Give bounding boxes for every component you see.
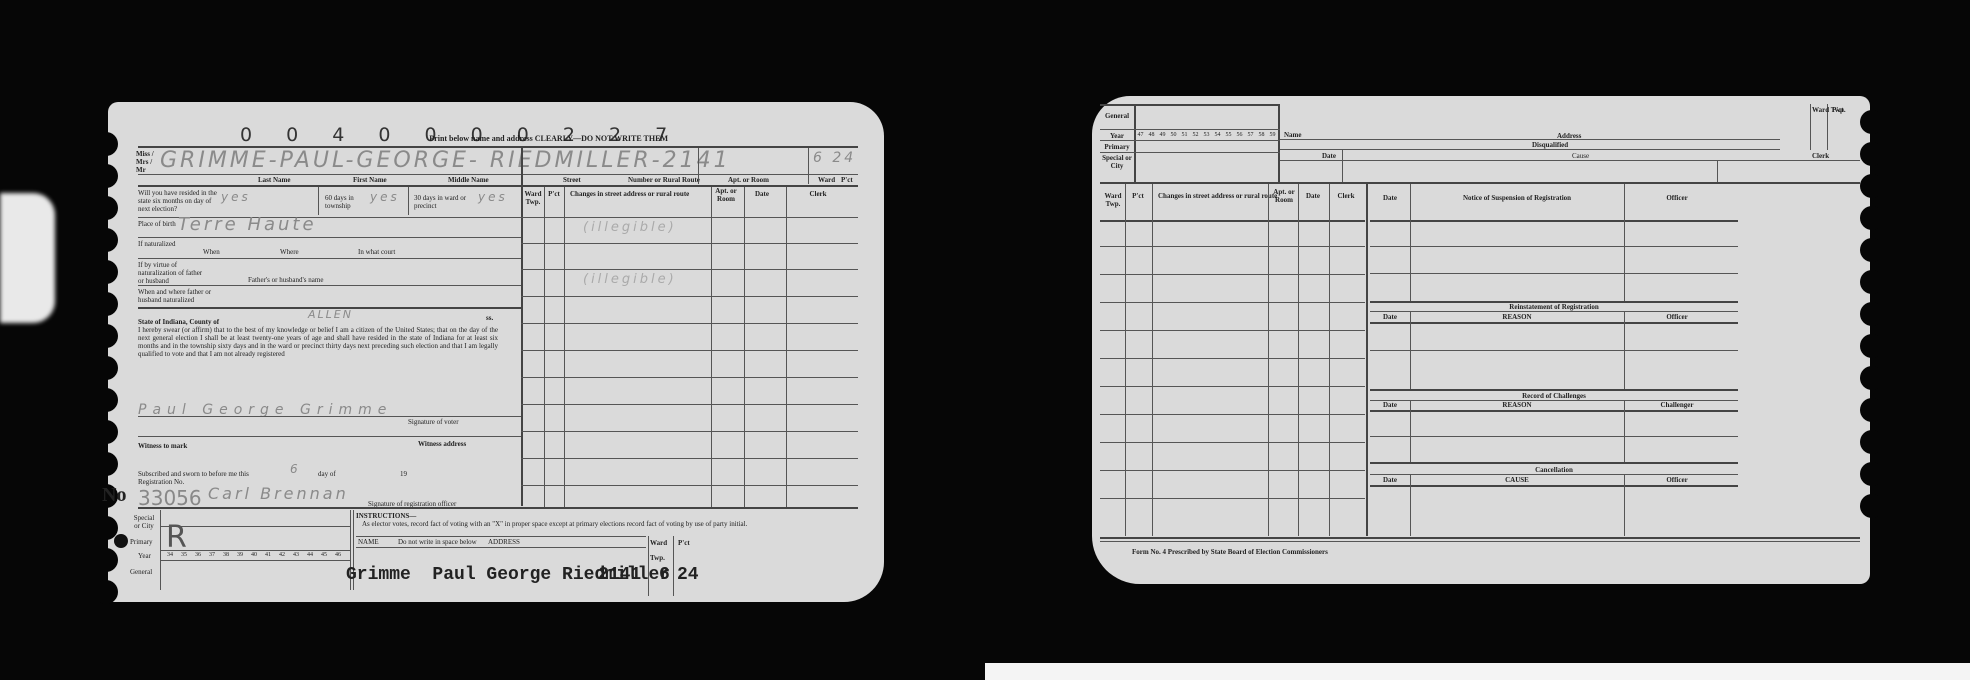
- perforation-icon: [94, 324, 118, 348]
- q-township: 60 days in township: [325, 194, 370, 210]
- col-ward-twp: Ward Twp.: [522, 190, 544, 206]
- year-cell: 57: [1245, 132, 1256, 138]
- change-entry: (illegible): [583, 220, 677, 235]
- perforation-icon: [1860, 366, 1884, 390]
- label-ward-bottom: Ward: [650, 539, 667, 547]
- label-address: ADDRESS: [488, 538, 520, 546]
- typed-ward: 6: [659, 565, 670, 585]
- typed-pct: 24: [677, 565, 699, 585]
- perforation-icon: [1860, 174, 1884, 198]
- back-grid-label-primary: Primary: [1102, 143, 1132, 151]
- back-col-pct: P'ct: [1128, 192, 1148, 200]
- perforation-icon: [94, 548, 118, 572]
- reinstatement-title: Reinstatement of Registration: [1370, 303, 1738, 311]
- col-clerk: Clerk: [788, 190, 848, 198]
- cancellation-col-cause: CAUSE: [1412, 476, 1622, 484]
- year-cell: 50: [1168, 132, 1179, 138]
- back-col-ward-twp: Ward Twp.: [1102, 192, 1124, 208]
- year-cell: 49: [1157, 132, 1168, 138]
- perforation-icon: [94, 164, 118, 188]
- grid-label-primary: Primary: [130, 538, 153, 546]
- year-cell: 48: [1146, 132, 1157, 138]
- perforation-icon: [94, 388, 118, 412]
- label-middle-name: Middle Name: [448, 176, 489, 184]
- perforation-icon: [94, 356, 118, 380]
- label-first-name: First Name: [353, 176, 387, 184]
- change-entry: (illegible): [583, 272, 677, 287]
- year-cell: 51: [1179, 132, 1190, 138]
- back-label-clerk: Clerk: [1812, 152, 1829, 160]
- light-glare: [0, 193, 55, 323]
- year-cell: 53: [1201, 132, 1212, 138]
- place-of-birth: Terre Haute: [178, 214, 317, 235]
- perforation-icon: [1860, 238, 1884, 262]
- year-cell: 56: [1234, 132, 1245, 138]
- county: ALLEN: [308, 308, 353, 321]
- year-cell: 55: [1223, 132, 1234, 138]
- back-label-name: Name: [1284, 131, 1302, 139]
- registration-card-back: General Year Primary Special or City 47 …: [1092, 96, 1870, 584]
- cancellation-col-date: Date: [1370, 476, 1410, 484]
- oath-text: I hereby swear (or affirm) that to the b…: [138, 326, 498, 358]
- label-apt: Apt. or Room: [728, 176, 769, 184]
- salutation: Miss / Mrs / Mr: [136, 150, 160, 174]
- year-cell: 47: [1135, 132, 1146, 138]
- grid-label-general: General: [130, 568, 152, 576]
- header-notice: Print below name and address CLEARLY—DO …: [408, 134, 668, 143]
- instructions-text: As elector votes, record fact of voting …: [362, 520, 762, 528]
- year-cell: 59: [1267, 132, 1278, 138]
- perforation-icon: [1860, 494, 1884, 518]
- perforation-icon: [94, 292, 118, 316]
- typed-number: 2141: [598, 565, 641, 585]
- label-signature-of-voter: Signature of voter: [408, 418, 459, 426]
- perforation-icon: [1860, 334, 1884, 358]
- grid-label-year: Year: [138, 552, 151, 560]
- reinstatement-col-date: Date: [1370, 313, 1410, 321]
- col-date: Date: [741, 190, 783, 198]
- back-grid-label-special: Special or City: [1102, 154, 1132, 170]
- perforation-icon: [94, 228, 118, 252]
- label-when-where: When and where father or husband natural…: [138, 288, 228, 304]
- cancellation-col-officer: Officer: [1627, 476, 1727, 484]
- subscribed-day: 6: [290, 462, 301, 476]
- grid-label-special: Special or City: [130, 514, 158, 530]
- year-cell: 46: [329, 552, 347, 558]
- perforation-icon: [1860, 110, 1884, 134]
- label-ward: Ward: [818, 176, 835, 184]
- perforation-icon: [1860, 302, 1884, 326]
- back-label-cause: Cause: [1572, 152, 1589, 160]
- scan-edge: [985, 663, 1970, 680]
- registration-card-front: 0 0 4 0 0 0 0 2 2 7 Print below name and…: [108, 102, 884, 602]
- perforation-icon: [94, 420, 118, 444]
- q-ward: 30 days in ward or precinct: [414, 194, 474, 210]
- perforation-icon: [94, 132, 118, 156]
- label-naturalized: If naturalized: [138, 240, 178, 248]
- perforation-icon: [94, 580, 118, 604]
- label-fathers-name: Father's or husband's name: [248, 276, 323, 284]
- ward-pct-handwritten: 6 24: [813, 150, 856, 166]
- challenges-col-challenger: Challenger: [1627, 401, 1727, 409]
- label-name: NAME: [358, 538, 379, 546]
- form-footer: Form No. 4 Prescribed by State Board of …: [1132, 548, 1328, 556]
- back-label-date: Date: [1322, 152, 1336, 160]
- challenges-col-date: Date: [1370, 401, 1410, 409]
- perforation-icon: [1860, 462, 1884, 486]
- perforation-icon: [1860, 398, 1884, 422]
- col-apt: Apt. or Room: [711, 187, 741, 203]
- a-township: yes: [370, 190, 400, 204]
- back-label-pct: P'ct: [1832, 106, 1844, 114]
- suspension-col-date: Date: [1370, 194, 1410, 202]
- label-number: Number or Rural Route: [628, 176, 700, 184]
- do-not-write-notice: Do not write in space below: [398, 538, 477, 546]
- perforation-icon: [1860, 142, 1884, 166]
- challenges-col-reason: REASON: [1412, 401, 1622, 409]
- label-witness-address: Witness address: [418, 440, 466, 448]
- label-witness: Witness to mark: [138, 442, 187, 450]
- perforation-icon: [94, 196, 118, 220]
- label-pct-bottom: P'ct: [678, 539, 690, 547]
- year-cell: 52: [1190, 132, 1201, 138]
- label-street: Street: [563, 176, 581, 184]
- suspension-title: Notice of Suspension of Registration: [1412, 194, 1622, 202]
- col-pct: P'ct: [545, 190, 563, 198]
- a-state-residence: yes: [221, 190, 251, 204]
- back-grid-label-year: Year: [1102, 132, 1132, 140]
- officer-signature: Carl Brennan: [208, 484, 349, 503]
- perforation-icon: [1860, 430, 1884, 454]
- perforation-icon: [94, 452, 118, 476]
- back-col-date: Date: [1298, 192, 1328, 200]
- label-registration-no: Registration No.: [138, 478, 184, 486]
- label-last-name: Last Name: [258, 176, 290, 184]
- label-when: When: [203, 248, 220, 256]
- back-col-apt: Apt. or Room: [1270, 188, 1298, 204]
- perforation-icon: [94, 260, 118, 284]
- cancellation-title: Cancellation: [1370, 466, 1738, 474]
- year-cell: 58: [1256, 132, 1267, 138]
- label-by-virtue: If by virtue of naturalization of father…: [138, 261, 208, 285]
- label-twp-bottom: Twp.: [650, 554, 665, 562]
- challenges-title: Record of Challenges: [1370, 392, 1738, 400]
- label-day-of: day of: [318, 470, 336, 478]
- number-sign: No: [102, 484, 126, 507]
- instructions-title: INSTRUCTIONS—: [356, 512, 416, 520]
- punch-hole-icon: [114, 534, 128, 548]
- ss-mark: ss.: [486, 314, 493, 322]
- a-ward: yes: [478, 190, 508, 204]
- year-suffix: 19: [400, 470, 407, 478]
- perforation-icon: [1860, 206, 1884, 230]
- back-col-clerk: Clerk: [1328, 192, 1364, 200]
- year-cell: 54: [1212, 132, 1223, 138]
- perforation-icon: [1860, 270, 1884, 294]
- label-place-of-birth: Place of birth: [138, 220, 178, 228]
- label-court: In what court: [358, 248, 395, 256]
- back-label-disqualified: Disqualified: [1532, 141, 1568, 149]
- col-changes: Changes in street address or rural route: [570, 190, 710, 198]
- back-grid-label-general: General: [1102, 112, 1132, 120]
- suspension-col-officer: Officer: [1627, 194, 1727, 202]
- subscribed-text: Subscribed and sworn to before me this: [138, 470, 249, 478]
- q-state-residence: Will you have resided in the state six m…: [138, 189, 223, 213]
- reinstatement-col-officer: Officer: [1627, 313, 1727, 321]
- label-pct: P'ct: [841, 176, 853, 184]
- reinstatement-col-reason: REASON: [1412, 313, 1622, 321]
- label-where: Where: [280, 248, 299, 256]
- oath-heading: State of Indiana, County of: [138, 318, 219, 326]
- handwritten-name: GRIMME-PAUL-GEORGE- RIEDMILLER-2141: [160, 148, 731, 173]
